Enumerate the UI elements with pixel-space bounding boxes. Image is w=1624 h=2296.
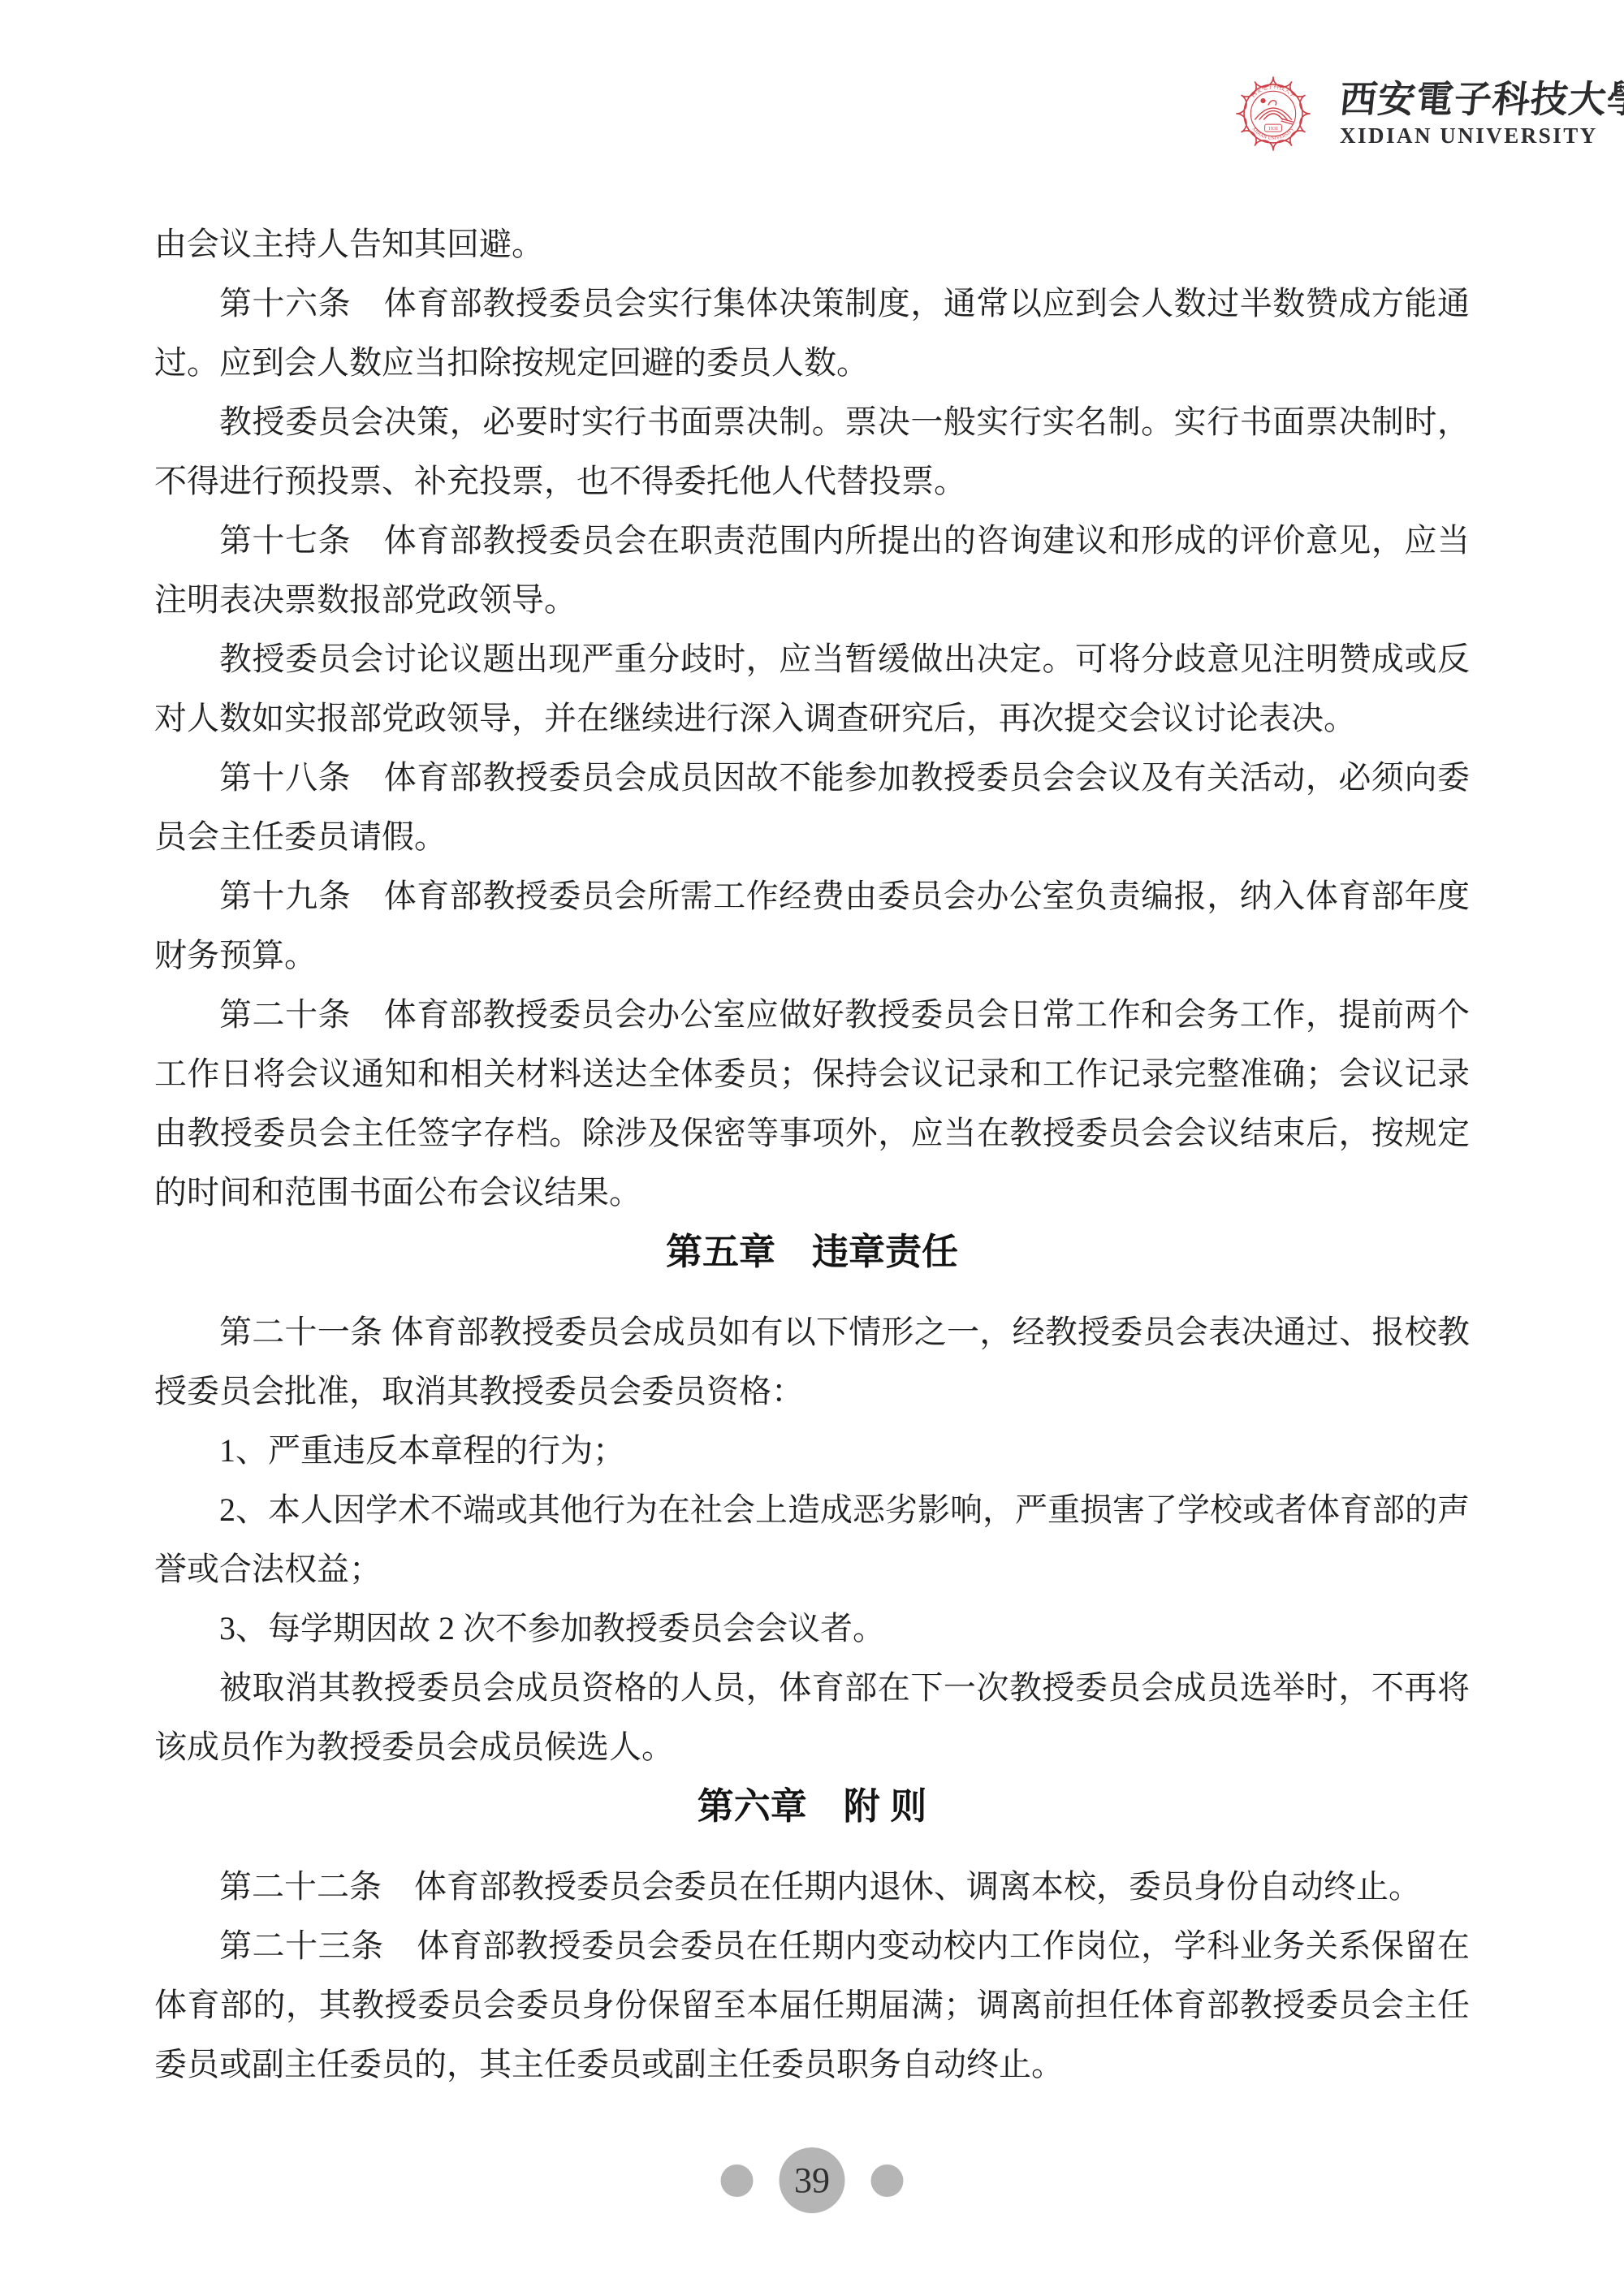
page-number: 39 (794, 2160, 830, 2201)
body-paragraph: 2、本人因学术不端或其他行为在社会上造成恶劣影响，严重损害了学校或者体育部的声誉… (154, 1480, 1470, 1599)
footer-dot-left (721, 2164, 754, 2197)
body-paragraph: 被取消其教授委员会成员资格的人员，体育部在下一次教授委员会成员选举时，不再将该成… (154, 1658, 1470, 1776)
body-paragraph: 第二十条 体育部教授委员会办公室应做好教授委员会日常工作和会务工作，提前两个工作… (154, 985, 1470, 1222)
seal-year: 1931 (1268, 126, 1278, 132)
page-header: 西安电子科技大学 XIDIAN UNIVERSITY 1931 西安電子科技大學… (1228, 68, 1624, 159)
document-body: 由会议主持人告知其回避。第十六条 体育部教授委员会实行集体决策制度，通常以应到会… (154, 214, 1470, 2094)
body-paragraph: 第十七条 体育部教授委员会在职责范围内所提出的咨询建议和形成的评价意见，应当注明… (154, 511, 1470, 629)
chapter-heading: 第五章 违章责任 (154, 1222, 1470, 1281)
page-number-badge: 39 (780, 2147, 845, 2213)
body-paragraph: 第十九条 体育部教授委员会所需工作经费由委员会办公室负责编报，纳入体育部年度财务… (154, 866, 1470, 985)
body-paragraph: 教授委员会讨论议题出现严重分歧时，应当暂缓做出决定。可将分歧意见注明赞成或反对人… (154, 629, 1470, 748)
page-footer: 39 (721, 2147, 904, 2213)
body-paragraph: 第二十三条 体育部教授委员会委员在任期内变动校内工作岗位，学科业务关系保留在体育… (154, 1916, 1470, 2094)
body-paragraph: 教授委员会决策，必要时实行书面票决制。票决一般实行实名制。实行书面票决制时，不得… (154, 392, 1470, 511)
body-paragraph: 3、每学期因故 2 次不参加教授委员会会议者。 (154, 1599, 1470, 1658)
seal-sun-dot (1260, 98, 1265, 103)
body-paragraph: 第十六条 体育部教授委员会实行集体决策制度，通常以应到会人数过半数赞成方能通过。… (154, 274, 1470, 392)
university-wordmark: 西安電子科技大學 XIDIAN UNIVERSITY (1340, 80, 1624, 149)
document-page: 西安电子科技大学 XIDIAN UNIVERSITY 1931 西安電子科技大學… (0, 0, 1624, 2296)
body-paragraph: 1、严重违反本章程的行为； (154, 1421, 1470, 1480)
body-paragraph: 由会议主持人告知其回避。 (154, 214, 1470, 274)
university-seal-icon: 西安电子科技大学 XIDIAN UNIVERSITY 1931 (1228, 68, 1319, 159)
body-paragraph: 第十八条 体育部教授委员会成员因故不能参加教授委员会会议及有关活动，必须向委员会… (154, 748, 1470, 866)
body-paragraph: 第二十一条 体育部教授委员会成员如有以下情形之一，经教授委员会表决通过、报校教授… (154, 1302, 1470, 1421)
footer-dot-right (871, 2164, 904, 2197)
chapter-heading: 第六章 附 则 (154, 1776, 1470, 1836)
university-name-zh: 西安電子科技大學 (1337, 80, 1624, 120)
body-paragraph: 第二十二条 体育部教授委员会委员在任期内退休、调离本校，委员身份自动终止。 (154, 1857, 1470, 1916)
university-name-en: XIDIAN UNIVERSITY (1340, 123, 1624, 149)
